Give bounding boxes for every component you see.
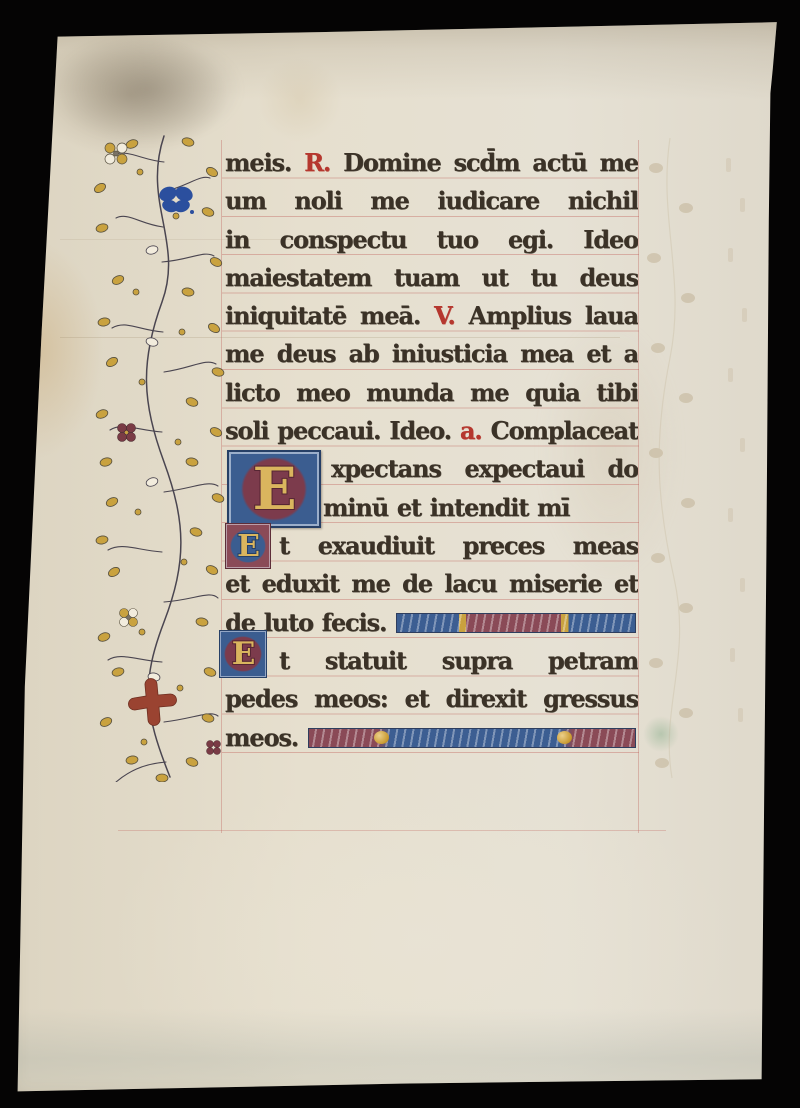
text-line-7: licto meo munda me quia tibi — [225, 374, 638, 412]
text-segment: Domine scd̄m actū me — [343, 148, 638, 177]
parchment-leaf: E E E meis. R. Domine scd̄m actū meum no… — [0, 0, 800, 1108]
text-line-11: t exaudiuit preces meas — [225, 527, 638, 565]
text-line-4: maiestatem tuam ut tu deus deleas — [225, 259, 638, 297]
illuminated-initial-E-large: E — [227, 450, 321, 528]
text-block: E E E meis. R. Domine scd̄m actū meum no… — [225, 144, 638, 757]
text-segment: licto meo munda me quia tibi — [225, 378, 638, 407]
small-maroon-flower — [207, 741, 221, 755]
border-vine-decoration — [92, 132, 232, 782]
text-segment: in conspectu tuo egi. Ideo deprecor — [225, 225, 638, 259]
text-segment: soli peccaui. Ideo. — [225, 416, 460, 445]
text-segment: xpectans expectaui do — [331, 454, 638, 483]
illuminated-initial-E-small-2: E — [219, 630, 267, 678]
text-segment: iniquitatē meā. — [225, 301, 434, 330]
text-segment: et eduxit me de lacu miserie et — [225, 569, 638, 598]
lower-ruling-line — [118, 830, 666, 831]
text-segment: meos. — [225, 719, 298, 756]
initial-letter: E — [224, 636, 262, 672]
stain-red-dot — [45, 29, 55, 39]
text-segment: um noli me iudicare nichil dignū — [225, 186, 638, 220]
text-segment: t exaudiuit preces meas — [279, 531, 638, 560]
text-segment: me deus ab iniusticia mea et a de — [225, 339, 638, 373]
verso-show-through — [628, 138, 773, 783]
text-line-1: meis. R. Domine scd̄m actū me — [225, 144, 638, 182]
text-line-16: meos. — [225, 718, 638, 756]
text-segment: meis. — [225, 148, 304, 177]
text-line-2: um noli me iudicare nichil dignū — [225, 182, 638, 220]
initial-letter: E — [241, 457, 307, 521]
text-segment: Complaceat — [491, 416, 638, 445]
text-line-8: soli peccaui. Ideo. a. Complaceat — [225, 412, 638, 450]
stain-top-left — [52, 34, 242, 144]
text-line-15: pedes meos: et direxit gressus — [225, 680, 638, 718]
text-line-5: iniquitatē meā. V. Amplius laua — [225, 297, 638, 335]
text-segment: maiestatem tuam ut tu deus deleas — [225, 263, 638, 297]
text-segment: t statuit supra petram — [279, 646, 638, 675]
line-filler-2 — [308, 728, 636, 748]
gold-ivy-leaves — [93, 137, 225, 782]
initial-letter: E — [230, 529, 266, 563]
white-ivy-leaves — [145, 245, 161, 682]
text-line-12: et eduxit me de lacu miserie et — [225, 565, 638, 603]
rubric-mark: V. — [434, 301, 469, 330]
maroon-quatrefoil — [118, 424, 136, 442]
gold-quatrefoil — [120, 609, 138, 627]
rubric-mark: R. — [304, 148, 343, 177]
line-filler-1 — [396, 613, 636, 633]
text-segment: pedes meos: et direxit gressus — [225, 684, 638, 713]
text-line-13: de luto fecis. — [225, 604, 638, 642]
text-segment: Amplius laua — [469, 301, 638, 330]
text-line-3: in conspectu tuo egi. Ideo deprecor — [225, 221, 638, 259]
photo-background: E E E meis. R. Domine scd̄m actū meum no… — [0, 0, 800, 1108]
illuminated-initial-E-small-1: E — [225, 523, 271, 569]
text-segment: minū et intendit mī — [323, 493, 569, 522]
text-line-6: me deus ab iniusticia mea et a de — [225, 335, 638, 373]
red-cross-flower — [128, 678, 176, 725]
rubric-mark: a. — [460, 416, 491, 445]
text-line-14: t statuit supra petram — [225, 642, 638, 680]
